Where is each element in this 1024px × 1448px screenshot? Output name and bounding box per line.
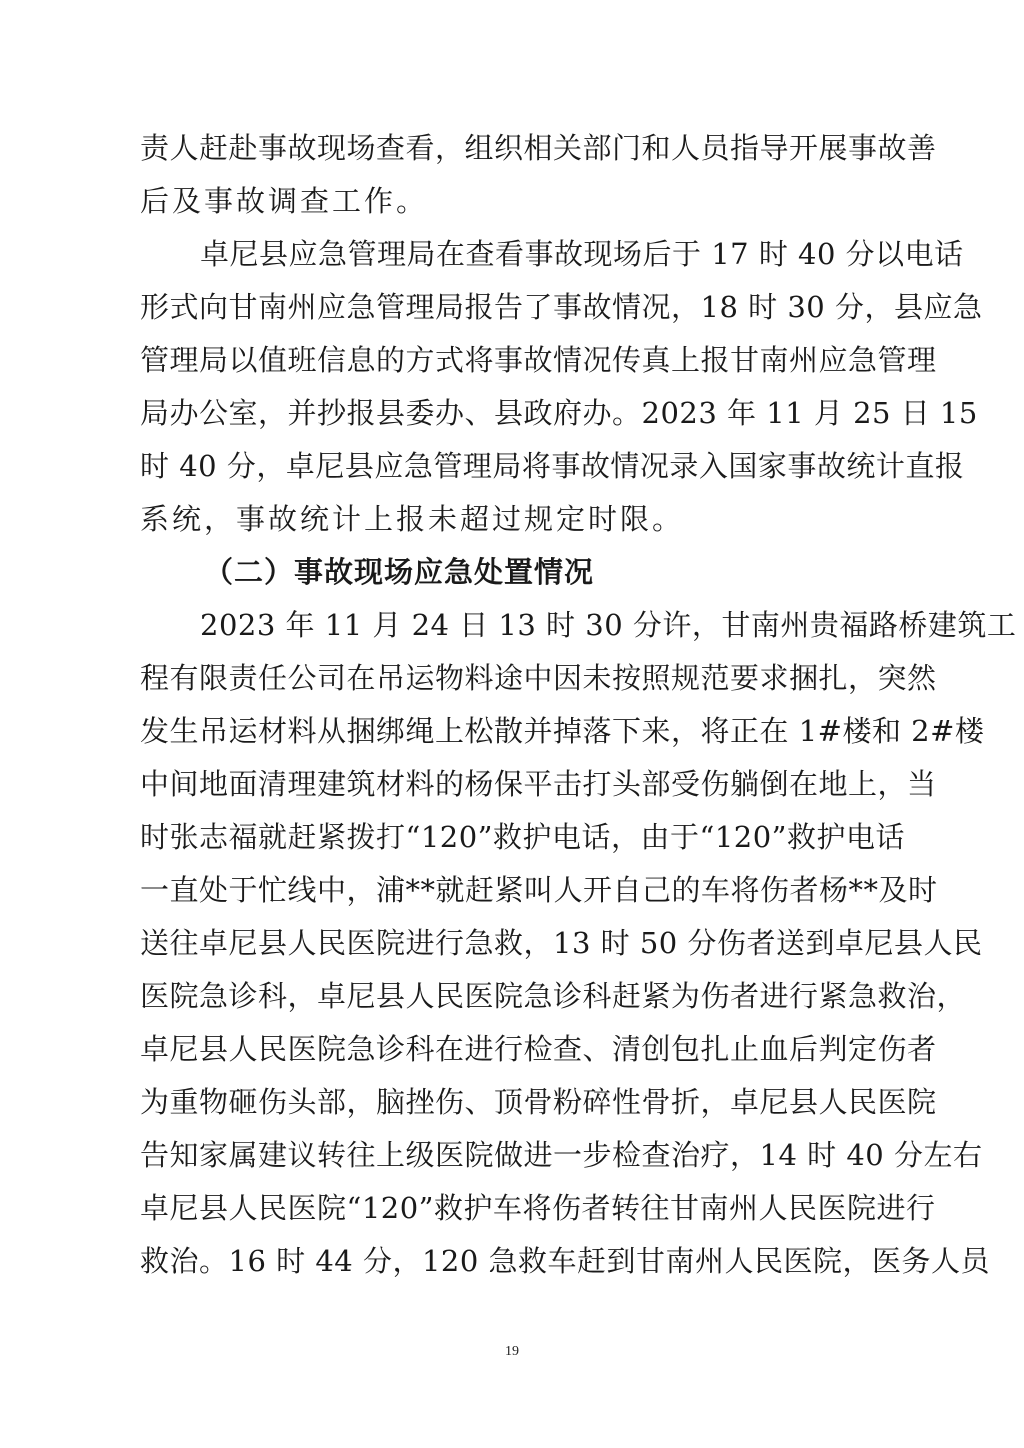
paragraph-line: 2023 年 11 月 24 日 13 时 30 分许，甘南州贵福路桥建筑工 [140, 599, 894, 652]
paragraph-line: 中间地面清理建筑材料的杨保平击打头部受伤躺倒在地上，当 [140, 758, 894, 811]
paragraph-line: 局办公室，并抄报县委办、县政府办。2023 年 11 月 25 日 15 [140, 387, 894, 440]
paragraph-line: 送往卓尼县人民医院进行急救，13 时 50 分伤者送到卓尼县人民 [140, 917, 894, 970]
paragraph-line: 发生吊运材料从捆绑绳上松散并掉落下来，将正在 1#楼和 2#楼 [140, 705, 894, 758]
paragraph-line: 时张志福就赶紧拨打“120”救护电话，由于“120”救护电话 [140, 811, 894, 864]
paragraph-line: 卓尼县人民医院急诊科在进行检查、清创包扎止血后判定伤者 [140, 1023, 894, 1076]
paragraph-line: 为重物砸伤头部，脑挫伤、顶骨粉碎性骨折，卓尼县人民医院 [140, 1076, 894, 1129]
paragraph-line: 卓尼县人民医院“120”救护车将伤者转往甘南州人民医院进行 [140, 1182, 894, 1235]
paragraph-line: 时 40 分，卓尼县应急管理局将事故情况录入国家事故统计直报 [140, 440, 894, 493]
paragraph-line: 医院急诊科，卓尼县人民医院急诊科赶紧为伤者进行紧急救治， [140, 970, 894, 1023]
page-number: 19 [0, 1344, 1024, 1360]
text-column: 责人赶赴事故现场查看，组织相关部门和人员指导开展事故善 后及事故调查工作。 卓尼… [140, 122, 894, 1288]
paragraph-line: 卓尼县应急管理局在查看事故现场后于 17 时 40 分以电话 [140, 228, 894, 281]
paragraph-line: 后及事故调查工作。 [140, 175, 894, 228]
paragraph-line: 程有限责任公司在吊运物料途中因未按照规范要求捆扎，突然 [140, 652, 894, 705]
paragraph-line: 一直处于忙线中，浦**就赶紧叫人开自己的车将伤者杨**及时 [140, 864, 894, 917]
paragraph-line: 救治。16 时 44 分，120 急救车赶到甘南州人民医院，医务人员 [140, 1235, 894, 1288]
paragraph-line: 系统，事故统计上报未超过规定时限。 [140, 493, 894, 546]
document-page: 责人赶赴事故现场查看，组织相关部门和人员指导开展事故善 后及事故调查工作。 卓尼… [0, 0, 1024, 1448]
section-heading: （二）事故现场应急处置情况 [140, 546, 894, 599]
paragraph-line: 告知家属建议转往上级医院做进一步检查治疗，14 时 40 分左右 [140, 1129, 894, 1182]
paragraph-line: 形式向甘南州应急管理局报告了事故情况，18 时 30 分，县应急 [140, 281, 894, 334]
paragraph-line: 责人赶赴事故现场查看，组织相关部门和人员指导开展事故善 [140, 122, 894, 175]
paragraph-line: 管理局以值班信息的方式将事故情况传真上报甘南州应急管理 [140, 334, 894, 387]
